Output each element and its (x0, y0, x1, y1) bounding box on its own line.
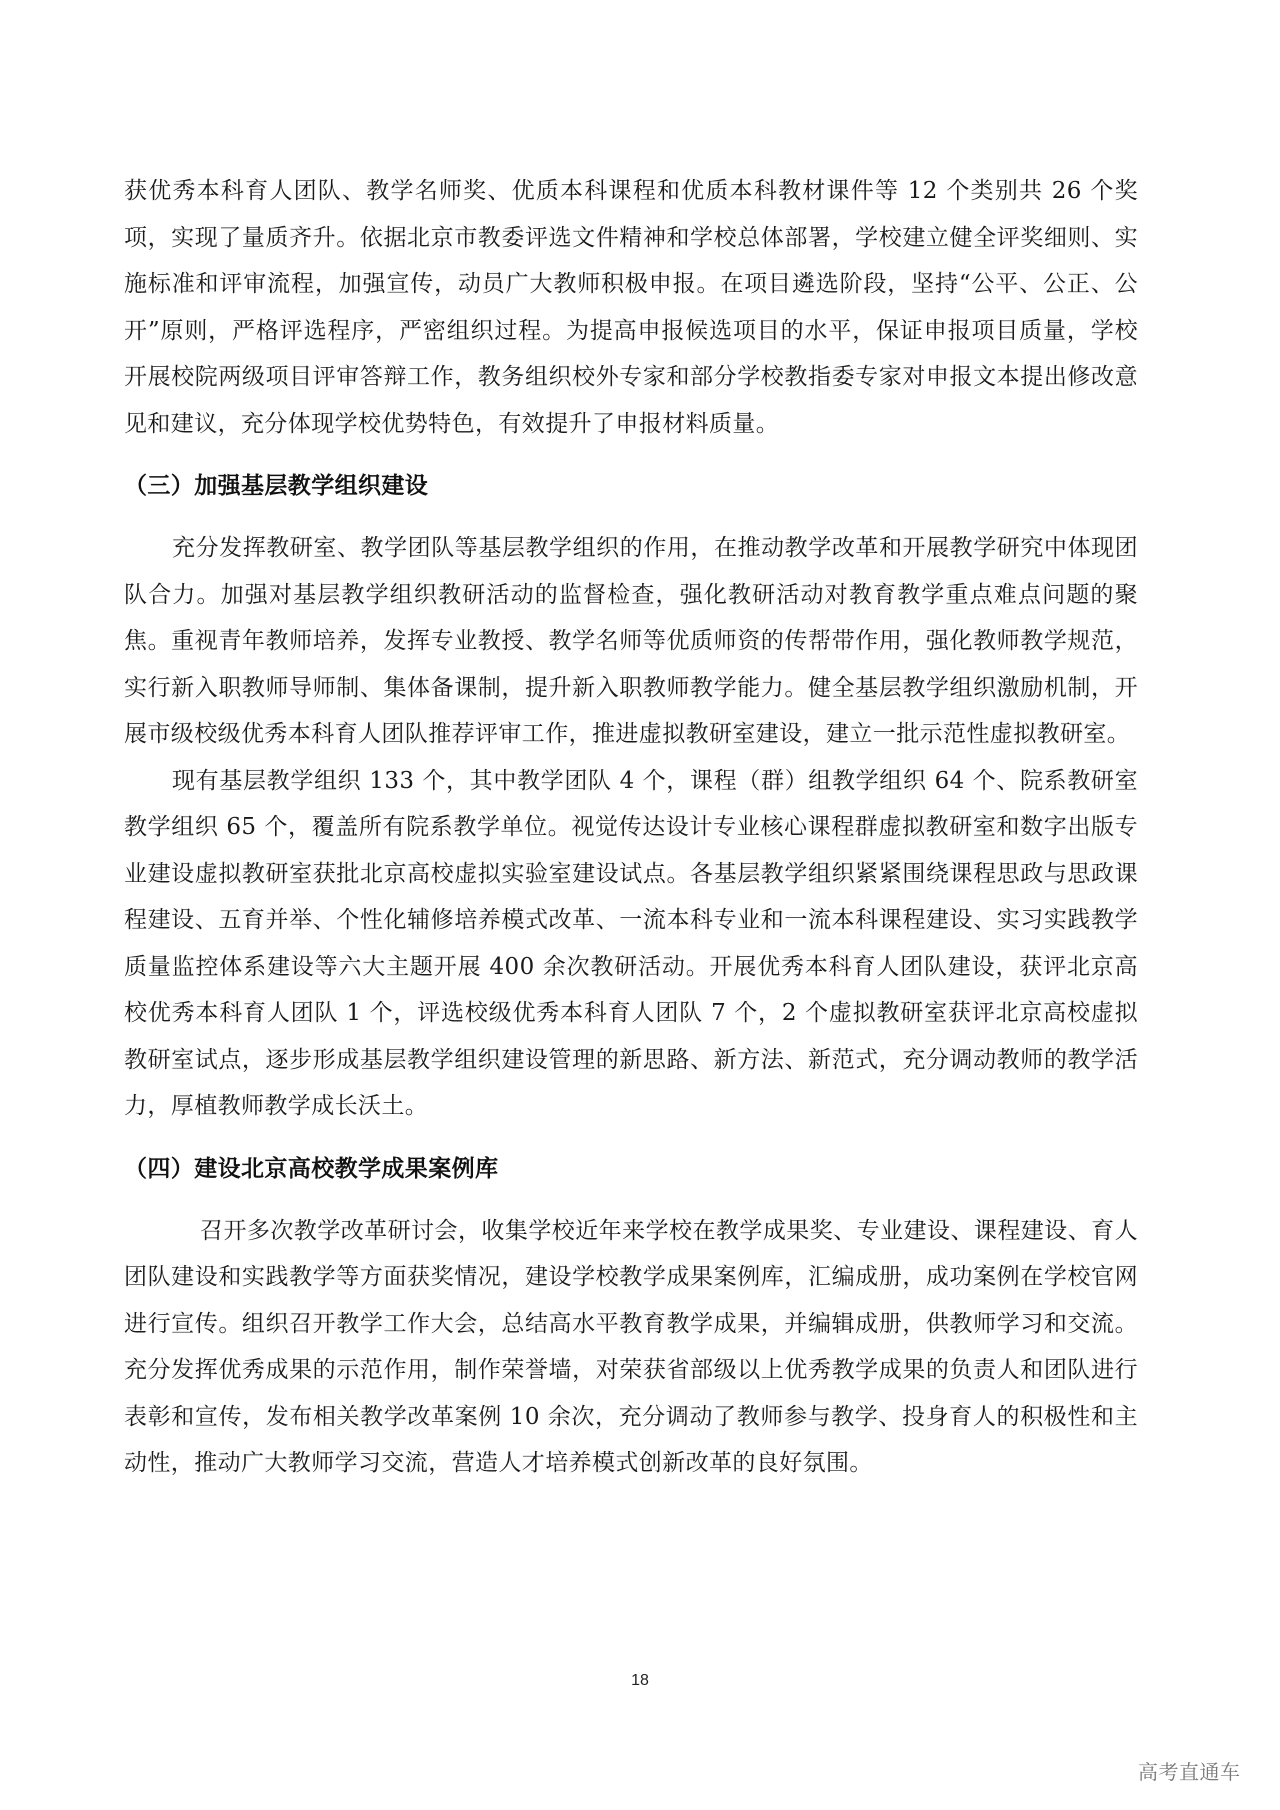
section-heading-4: （四）建设北京高校教学成果案例库 (124, 1146, 1138, 1192)
paragraph-teaching-organization-stats: 现有基层教学组织 133 个，其中教学团队 4 个，课程（群）组教学组织 64 … (124, 758, 1138, 1130)
spacer (124, 447, 1138, 463)
page-number: 18 (0, 1672, 1280, 1690)
paragraph-case-library: 召开多次教学改革研讨会，收集学校近年来学校在教学成果奖、专业建设、课程建设、育人… (124, 1208, 1138, 1487)
spacer (124, 1192, 1138, 1208)
spacer (124, 509, 1138, 525)
spacer (124, 1130, 1138, 1146)
section-heading-3: （三）加强基层教学组织建设 (124, 463, 1138, 509)
watermark: 高考直通车 (1138, 1756, 1241, 1785)
document-page: 获优秀本科育人团队、教学名师奖、优质本科课程和优质本科教材课件等 12 个类别共… (124, 168, 1138, 1487)
paragraph-teaching-organization-role: 充分发挥教研室、教学团队等基层教学组织的作用，在推动教学改革和开展教学研究中体现… (124, 525, 1138, 758)
paragraph-award-selection: 获优秀本科育人团队、教学名师奖、优质本科课程和优质本科教材课件等 12 个类别共… (124, 168, 1138, 447)
